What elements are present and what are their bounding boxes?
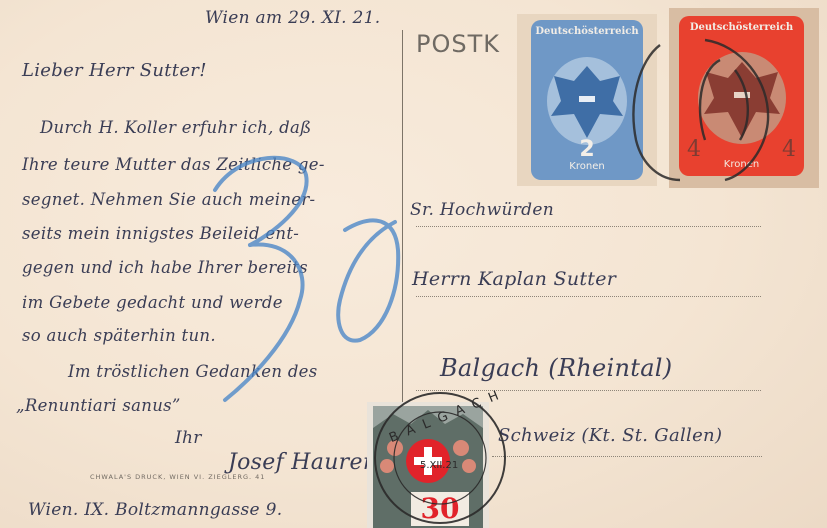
address-rule: [416, 296, 761, 297]
message-line: Ihre teure Mutter das Zeitliche ge-: [22, 155, 325, 174]
address-line: Herrn Kaplan Sutter: [412, 268, 616, 290]
printer-imprint: CHWALA'S DRUCK, WIEN VI. ZIEGLERG. 41: [90, 473, 265, 481]
stamp-face: Deutschösterreich 2 Kronen: [531, 20, 643, 180]
address-rule: [416, 390, 761, 391]
address-line: Schweiz (Kt. St. Gallen): [498, 425, 722, 446]
message-line: gegen und ich habe Ihrer bereits: [22, 258, 308, 277]
stamp-country: Deutschösterreich: [531, 26, 643, 37]
postcard-header: POSTK: [416, 30, 500, 58]
stamp-austria-2-kronen: Deutschösterreich 2 Kronen: [517, 14, 657, 186]
signature: Josef Haurer: [228, 450, 374, 475]
stamp-austria-4-kronen: Deutschösterreich 4 4 Kronen: [669, 8, 819, 188]
stamp-swiss-postage-due: 30: [367, 402, 489, 528]
postcard: Wien am 29. XI. 21. Lieber Herr Sutter! …: [0, 0, 827, 528]
salutation: Lieber Herr Sutter!: [22, 60, 207, 81]
swiss-cross-icon: [373, 406, 483, 496]
stamp-value: 30: [411, 492, 469, 526]
address-line: Balgach (Rheintal): [440, 354, 672, 382]
message-line: im Gebete gedacht und werde: [22, 293, 283, 312]
address-line: Sr. Hochwürden: [410, 200, 554, 220]
stamp-face: Deutschösterreich 4 4 Kronen: [679, 16, 804, 176]
stamp-country: Deutschösterreich: [679, 22, 804, 33]
stamp-value: 2 Kronen: [569, 139, 604, 172]
message-line: Im tröstlichen Gedanken des: [68, 362, 318, 381]
postage-due-mark: 30: [300, 289, 302, 291]
eagle-icon: [545, 56, 629, 146]
return-address: Wien. IX. Boltzmanngasse 9.: [28, 500, 282, 520]
message-line: „Renuntiari sanus”: [16, 396, 181, 415]
stamp-face: 30: [373, 406, 483, 528]
message-line: seits mein innigstes Beileid ent-: [22, 224, 299, 243]
message-line: Durch H. Koller erfuhr ich, daß: [40, 118, 312, 137]
closing: Ihr: [175, 428, 202, 448]
address-rule: [416, 226, 761, 227]
message-line: segnet. Nehmen Sie auch meiner-: [22, 190, 315, 209]
address-rule: [492, 456, 762, 457]
dateline: Wien am 29. XI. 21.: [205, 8, 380, 28]
eagle-icon: [694, 52, 790, 148]
message-line: so auch späterhin tun.: [22, 326, 216, 345]
stamp-unit: Kronen: [679, 159, 804, 170]
